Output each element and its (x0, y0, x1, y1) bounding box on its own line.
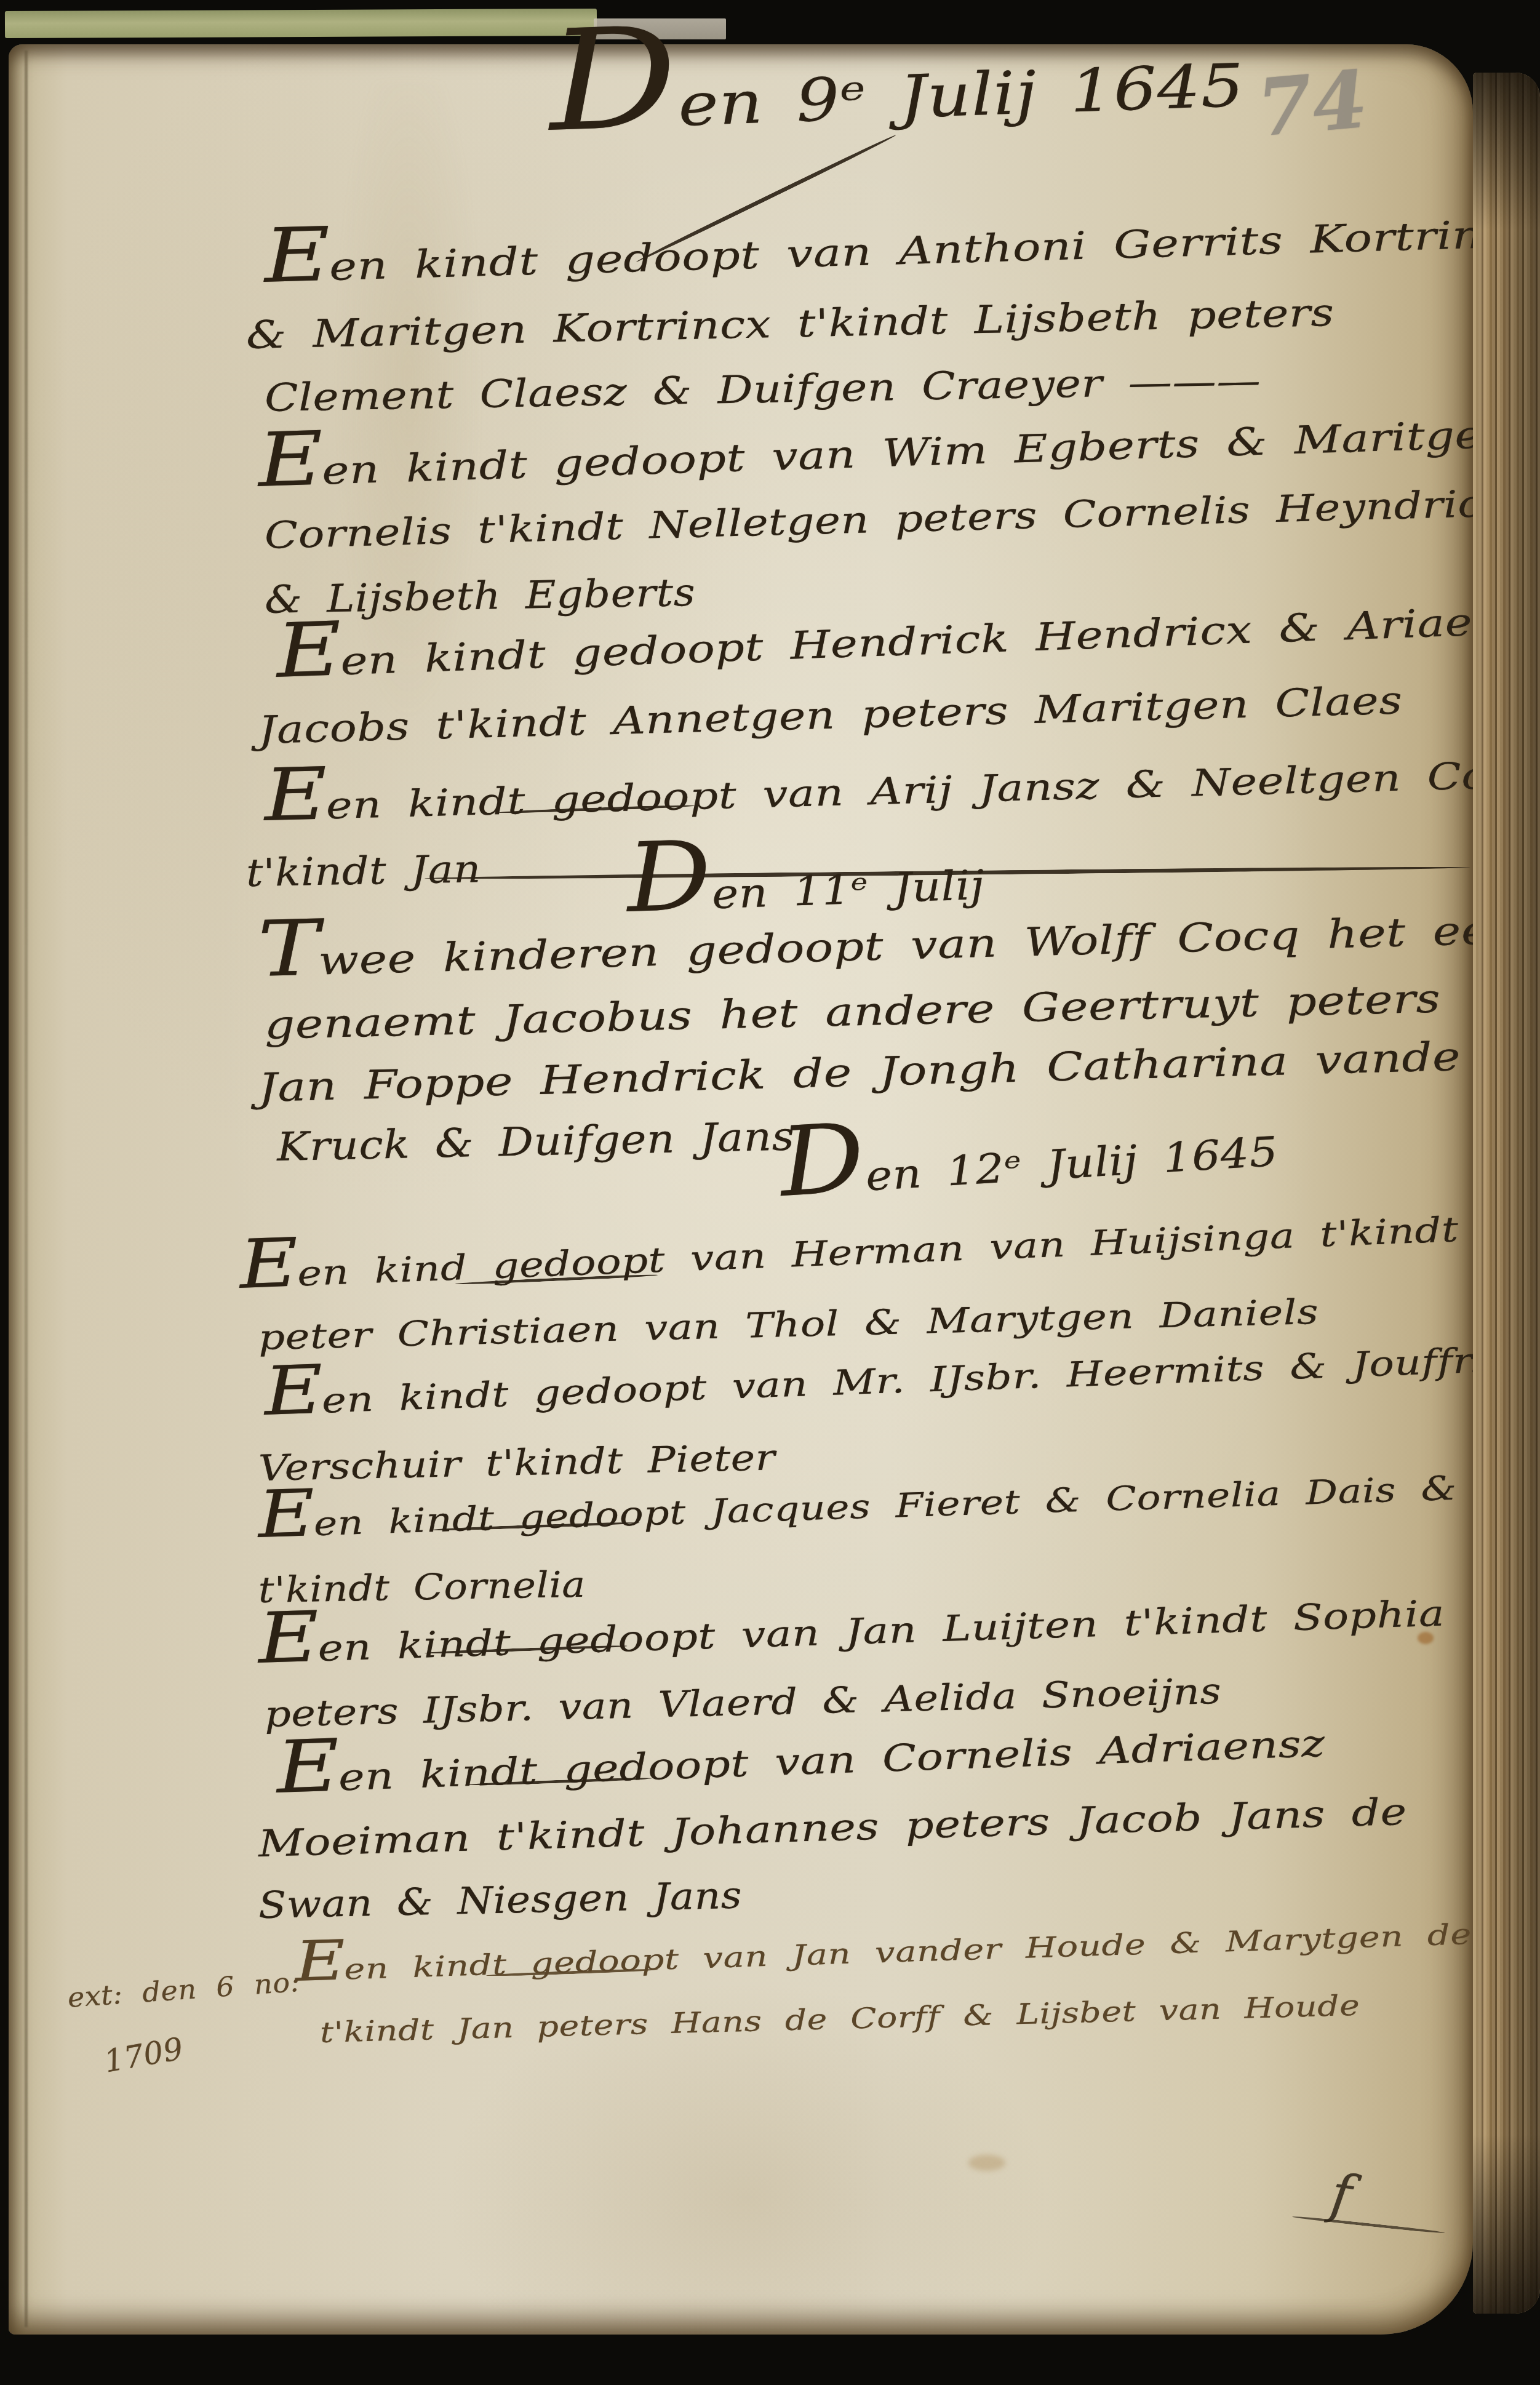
baptism-entry-line: peter Christiaen van Thol & Marytgen Dan… (258, 1292, 1319, 1358)
date-heading-12-july: Den 12ᵉ Julij 1645 (780, 1128, 1280, 1205)
baptism-entry-line: Verschuir t'kindt Pieter (258, 1436, 776, 1489)
ink-mark-crossbar (1292, 2215, 1445, 2234)
baptism-entry-line: peters IJsbr. van Vlaerd & Aelida Snoeij… (264, 1670, 1222, 1735)
baptism-entry-line-late: t'kindt Jan peters Hans de Corff & Lijsb… (319, 1989, 1360, 2049)
baptism-entry-line: Een kind gedoopt van Herman van Huijsing… (239, 1201, 1540, 1296)
folio-number: 74 (1253, 54, 1371, 155)
baptism-entry-line: t'kindt Jan (245, 846, 481, 895)
date-heading-11-july: Den 11ᵉ Julij (627, 861, 986, 921)
margin-note-extract: ext: den 6 no: (66, 1967, 301, 2014)
baptism-entry-line: Swan & Niesgen Jans (258, 1874, 743, 1927)
foxing-spot (968, 2155, 1005, 2171)
baptism-entry-line: Een kindt gedoopt van Cornelis Adriaensz (276, 1722, 1326, 1802)
manuscript-scan: Den 9ᵉ Julij 1645 74 Een kindt gedoopt v… (0, 0, 1540, 2385)
margin-note-year: 1709 (102, 2031, 186, 2080)
page-crease (25, 50, 28, 2327)
scanner-clamp-strip (5, 9, 597, 38)
manuscript-page: Den 9ᵉ Julij 1645 74 Een kindt gedoopt v… (9, 44, 1473, 2335)
ink-mark-f: f (1327, 2162, 1356, 2227)
baptism-entry-line-late: Een kindt gedoopt van Jan vander Houde &… (295, 1913, 1540, 1987)
baptism-entry-line: Moeiman t'kindt Johannes peters Jacob Ja… (258, 1791, 1408, 1866)
fore-edge-shading (1473, 73, 1540, 2314)
book-fore-edge (1473, 73, 1540, 2314)
baptism-entry-line: Kruck & Duifgen Jans (276, 1114, 795, 1170)
date-heading-9-july: Den 9ᵉ Julij 1645 (549, 51, 1245, 144)
